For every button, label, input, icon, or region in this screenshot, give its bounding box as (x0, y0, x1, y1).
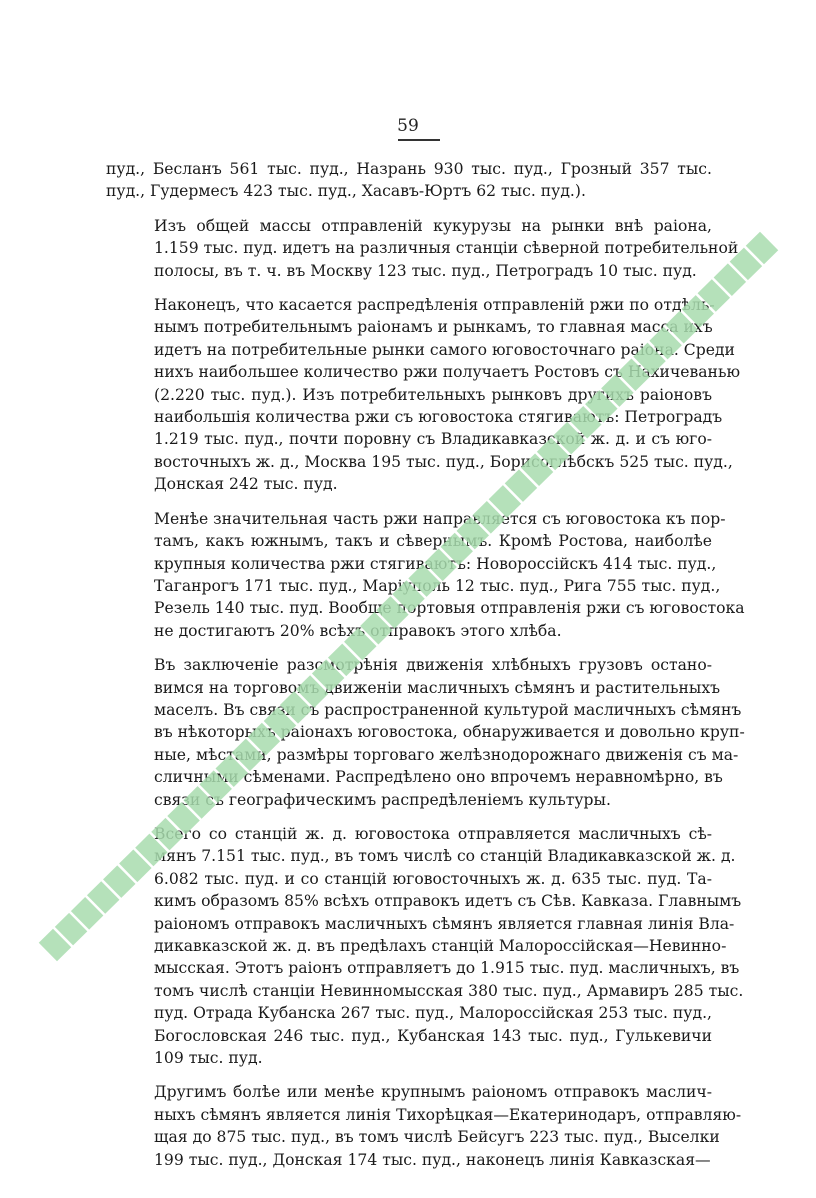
text-line: восточныхъ ж. д., Москва 195 тыс. пуд., … (106, 451, 712, 473)
text-line: связи съ географическимъ распредѣленіемъ… (106, 789, 712, 811)
text-line: Наконецъ, что касается распредѣленія отп… (106, 294, 712, 316)
paragraph: Всего со станцій ж. д. юговостока отправ… (106, 823, 712, 1069)
text-line: пуд., Гудермесъ 423 тыс. пуд., Хасавъ-Юр… (106, 180, 712, 202)
paragraph: Менѣе значительная часть ржи направляетс… (106, 508, 712, 642)
text-line: Менѣе значительная часть ржи направляетс… (106, 508, 712, 530)
text-line: ные, мѣстами, размѣры торговаго желѣзнод… (106, 744, 712, 766)
text-line: въ нѣкоторыхъ раіонахъ юговостока, обнар… (106, 721, 712, 743)
text-line: Богословская 246 тыс. пуд., Кубанская 14… (106, 1025, 712, 1047)
page-number: 59 (0, 116, 816, 136)
text-line: томъ числѣ станціи Невинномысская 380 ты… (106, 980, 712, 1002)
text-line: тамъ, какъ южнымъ, такъ и сѣвернымъ. Кро… (106, 530, 712, 552)
page-number-underline (398, 139, 440, 141)
text-line: нихъ наибольшее количество ржи получаетъ… (106, 361, 712, 383)
text-line: (2.220 тыс. пуд.). Изъ потребительныхъ р… (106, 384, 712, 406)
text-line: кимъ образомъ 85% всѣхъ отправокъ идетъ … (106, 890, 712, 912)
text-line: 6.082 тыс. пуд. и со станцій юговосточны… (106, 868, 712, 890)
text-line: щая до 875 тыс. пуд., въ томъ числѣ Бейс… (106, 1126, 712, 1148)
text-line: 199 тыс. пуд., Донская 174 тыс. пуд., на… (106, 1149, 712, 1171)
text-line: пуд. Отрада Кубанска 267 тыс. пуд., Мало… (106, 1002, 712, 1024)
text-line: 1.159 тыс. пуд. идетъ на различныя станц… (106, 237, 712, 259)
text-line: 109 тыс. пуд. (106, 1047, 712, 1069)
text-line: сличными сѣменами. Распредѣлено оно впро… (106, 766, 712, 788)
text-line: маселъ. Въ связи съ распространенной кул… (106, 699, 712, 721)
body-text: пуд., Бесланъ 561 тыс. пуд., Назрань 930… (106, 158, 712, 1183)
text-line: Изъ общей массы отправленій кукурузы на … (106, 215, 712, 237)
paragraph: пуд., Бесланъ 561 тыс. пуд., Назрань 930… (106, 158, 712, 203)
text-line: Резель 140 тыс. пуд. Вообще портовыя отп… (106, 597, 712, 619)
text-line: раіономъ отправокъ масличныхъ сѣмянъ явл… (106, 913, 712, 935)
text-line: пуд., Бесланъ 561 тыс. пуд., Назрань 930… (106, 158, 712, 180)
text-line: дикавказской ж. д. въ предѣлахъ станцій … (106, 935, 712, 957)
text-line: Донская 242 тыс. пуд. (106, 473, 712, 495)
text-line: ныхъ сѣмянъ является линія Тихорѣцкая—Ек… (106, 1104, 712, 1126)
document-page: 59 пуд., Бесланъ 561 тыс. пуд., Назрань … (0, 0, 816, 1198)
text-line: Въ заключеніе разсмотрѣнія движенія хлѣб… (106, 654, 712, 676)
paragraph: Изъ общей массы отправленій кукурузы на … (106, 215, 712, 282)
text-line: Другимъ болѣе или менѣе крупнымъ раіоном… (106, 1081, 712, 1103)
text-line: наибольшія количества ржи съ юговостока … (106, 406, 712, 428)
text-line: не достигаютъ 20% всѣхъ отправокъ этого … (106, 620, 712, 642)
text-line: полосы, въ т. ч. въ Москву 123 тыс. пуд.… (106, 260, 712, 282)
text-line: мысская. Этотъ раіонъ отправляетъ до 1.9… (106, 957, 712, 979)
text-line: Таганрогъ 171 тыс. пуд., Маріуполь 12 ты… (106, 575, 712, 597)
text-line: крупныя количества ржи стягиваютъ: Новор… (106, 553, 712, 575)
paragraph: Наконецъ, что касается распредѣленія отп… (106, 294, 712, 496)
text-line: вимся на торговомъ движеніи масличныхъ с… (106, 677, 712, 699)
paragraph: Въ заключеніе разсмотрѣнія движенія хлѣб… (106, 654, 712, 811)
text-line: 1.219 тыс. пуд., почти поровну съ Владик… (106, 428, 712, 450)
text-line: нымъ потребительнымъ раіонамъ и рынкамъ,… (106, 316, 712, 338)
text-line: идетъ на потребительные рынки самого юго… (106, 339, 712, 361)
text-line: Всего со станцій ж. д. юговостока отправ… (106, 823, 712, 845)
text-line: мянъ 7.151 тыс. пуд., въ томъ числѣ со с… (106, 845, 712, 867)
paragraph: Другимъ болѣе или менѣе крупнымъ раіоном… (106, 1081, 712, 1171)
